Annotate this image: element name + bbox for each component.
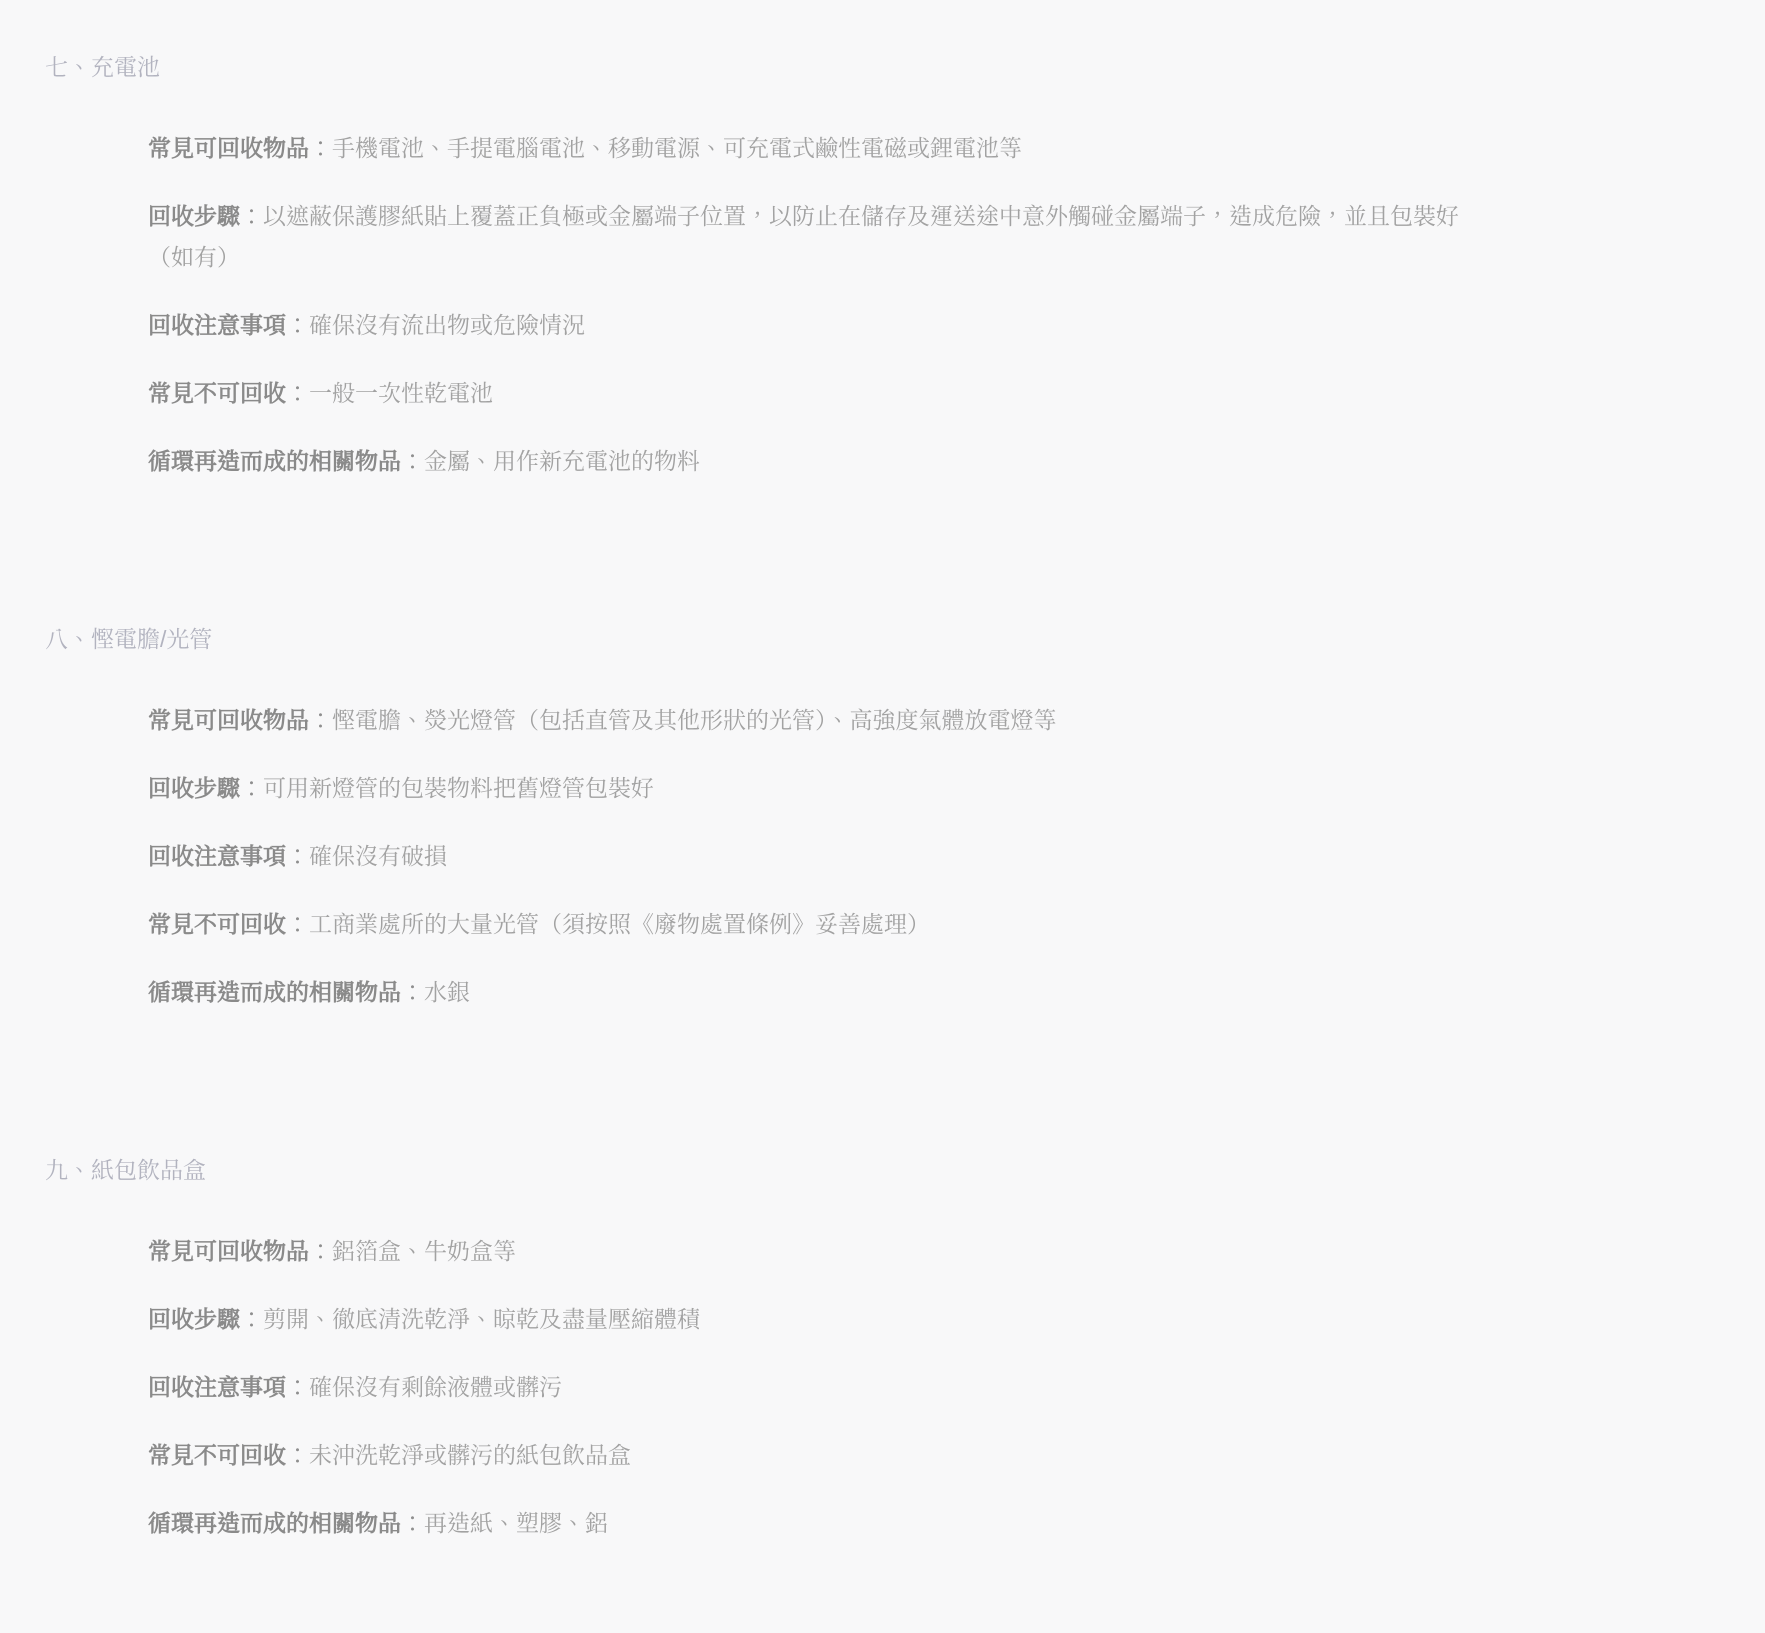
item-label: 常見可回收物品 <box>148 135 309 161</box>
item-non-recyclable: 常見不可回收：工商業處所的大量光管（須按照《廢物處置條例》妥善處理） <box>148 904 1473 945</box>
item-separator: ： <box>401 448 424 474</box>
item-separator: ： <box>286 843 309 869</box>
item-recyclable: 常見可回收物品：慳電膽、熒光燈管（包括直管及其他形狀的光管）、高強度氣體放電燈等 <box>148 700 1473 741</box>
item-value: 確保沒有破損 <box>309 843 447 869</box>
item-value: 手機電池、手提電腦電池、移動電源、可充電式鹼性電磁或鋰電池等 <box>332 135 1022 161</box>
item-value: 一般一次性乾電池 <box>309 380 493 406</box>
section-heading: 七、充電池 <box>45 50 1720 84</box>
item-value: 確保沒有剩餘液體或髒污 <box>309 1374 562 1400</box>
item-label: 循環再造而成的相關物品 <box>148 1510 401 1536</box>
item-value: 工商業處所的大量光管（須按照《廢物處置條例》妥善處理） <box>309 911 930 937</box>
section-items: 常見可回收物品：慳電膽、熒光燈管（包括直管及其他形狀的光管）、高強度氣體放電燈等… <box>148 700 1720 1013</box>
item-value: 鋁箔盒、牛奶盒等 <box>332 1238 516 1264</box>
item-precautions: 回收注意事項：確保沒有剩餘液體或髒污 <box>148 1367 1473 1408</box>
item-separator: ： <box>309 707 332 733</box>
item-separator: ： <box>309 1238 332 1264</box>
item-recycled-products: 循環再造而成的相關物品：金屬、用作新充電池的物料 <box>148 441 1473 482</box>
item-label: 回收步驟 <box>148 775 240 801</box>
item-recycled-products: 循環再造而成的相關物品：再造紙、塑膠、鋁 <box>148 1503 1473 1544</box>
item-non-recyclable: 常見不可回收：未沖洗乾淨或髒污的紙包飲品盒 <box>148 1435 1473 1476</box>
item-value: 慳電膽、熒光燈管（包括直管及其他形狀的光管）、高強度氣體放電燈等 <box>332 707 1057 733</box>
item-label: 常見不可回收 <box>148 911 286 937</box>
item-recycled-products: 循環再造而成的相關物品：水銀 <box>148 972 1473 1013</box>
item-steps: 回收步驟：以遮蔽保護膠紙貼上覆蓋正負極或金屬端子位置，以防止在儲存及運送途中意外… <box>148 196 1473 278</box>
item-label: 循環再造而成的相關物品 <box>148 979 401 1005</box>
item-label: 常見可回收物品 <box>148 707 309 733</box>
section-heading: 八、慳電膽/光管 <box>45 622 1720 656</box>
section-heading: 九、紙包飲品盒 <box>45 1153 1720 1187</box>
section-light-bulbs-tubes: 八、慳電膽/光管 常見可回收物品：慳電膽、熒光燈管（包括直管及其他形狀的光管）、… <box>45 622 1720 1013</box>
item-separator: ： <box>286 1374 309 1400</box>
section-items: 常見可回收物品：鋁箔盒、牛奶盒等 回收步驟：剪開、徹底清洗乾淨、晾乾及盡量壓縮體… <box>148 1231 1720 1544</box>
item-separator: ： <box>240 775 263 801</box>
item-precautions: 回收注意事項：確保沒有破損 <box>148 836 1473 877</box>
item-label: 常見不可回收 <box>148 1442 286 1468</box>
item-recyclable: 常見可回收物品：手機電池、手提電腦電池、移動電源、可充電式鹼性電磁或鋰電池等 <box>148 128 1473 169</box>
item-value: 金屬、用作新充電池的物料 <box>424 448 700 474</box>
item-value: 可用新燈管的包裝物料把舊燈管包裝好 <box>263 775 654 801</box>
item-separator: ： <box>286 312 309 338</box>
item-value: 剪開、徹底清洗乾淨、晾乾及盡量壓縮體積 <box>263 1306 700 1332</box>
item-separator: ： <box>240 1306 263 1332</box>
item-value: 再造紙、塑膠、鋁 <box>424 1510 608 1536</box>
item-recyclable: 常見可回收物品：鋁箔盒、牛奶盒等 <box>148 1231 1473 1272</box>
item-value: 未沖洗乾淨或髒污的紙包飲品盒 <box>309 1442 631 1468</box>
item-label: 回收步驟 <box>148 1306 240 1332</box>
item-label: 回收注意事項 <box>148 843 286 869</box>
item-separator: ： <box>401 1510 424 1536</box>
item-label: 回收步驟 <box>148 203 240 229</box>
item-separator: ： <box>286 911 309 937</box>
item-separator: ： <box>286 1442 309 1468</box>
section-items: 常見可回收物品：手機電池、手提電腦電池、移動電源、可充電式鹼性電磁或鋰電池等 回… <box>148 128 1720 482</box>
item-separator: ： <box>401 979 424 1005</box>
item-value: 確保沒有流出物或危險情況 <box>309 312 585 338</box>
item-label: 回收注意事項 <box>148 312 286 338</box>
item-precautions: 回收注意事項：確保沒有流出物或危險情況 <box>148 305 1473 346</box>
item-steps: 回收步驟：剪開、徹底清洗乾淨、晾乾及盡量壓縮體積 <box>148 1299 1473 1340</box>
item-value: 以遮蔽保護膠紙貼上覆蓋正負極或金屬端子位置，以防止在儲存及運送途中意外觸碰金屬端… <box>148 203 1459 270</box>
item-label: 回收注意事項 <box>148 1374 286 1400</box>
item-label: 常見不可回收 <box>148 380 286 406</box>
item-steps: 回收步驟：可用新燈管的包裝物料把舊燈管包裝好 <box>148 768 1473 809</box>
item-label: 常見可回收物品 <box>148 1238 309 1264</box>
document-content: 七、充電池 常見可回收物品：手機電池、手提電腦電池、移動電源、可充電式鹼性電磁或… <box>0 0 1765 1633</box>
section-rechargeable-batteries: 七、充電池 常見可回收物品：手機電池、手提電腦電池、移動電源、可充電式鹼性電磁或… <box>45 50 1720 482</box>
item-value: 水銀 <box>424 979 470 1005</box>
item-separator: ： <box>286 380 309 406</box>
item-label: 循環再造而成的相關物品 <box>148 448 401 474</box>
item-separator: ： <box>309 135 332 161</box>
item-non-recyclable: 常見不可回收：一般一次性乾電池 <box>148 373 1473 414</box>
section-beverage-cartons: 九、紙包飲品盒 常見可回收物品：鋁箔盒、牛奶盒等 回收步驟：剪開、徹底清洗乾淨、… <box>45 1153 1720 1544</box>
item-separator: ： <box>240 203 263 229</box>
